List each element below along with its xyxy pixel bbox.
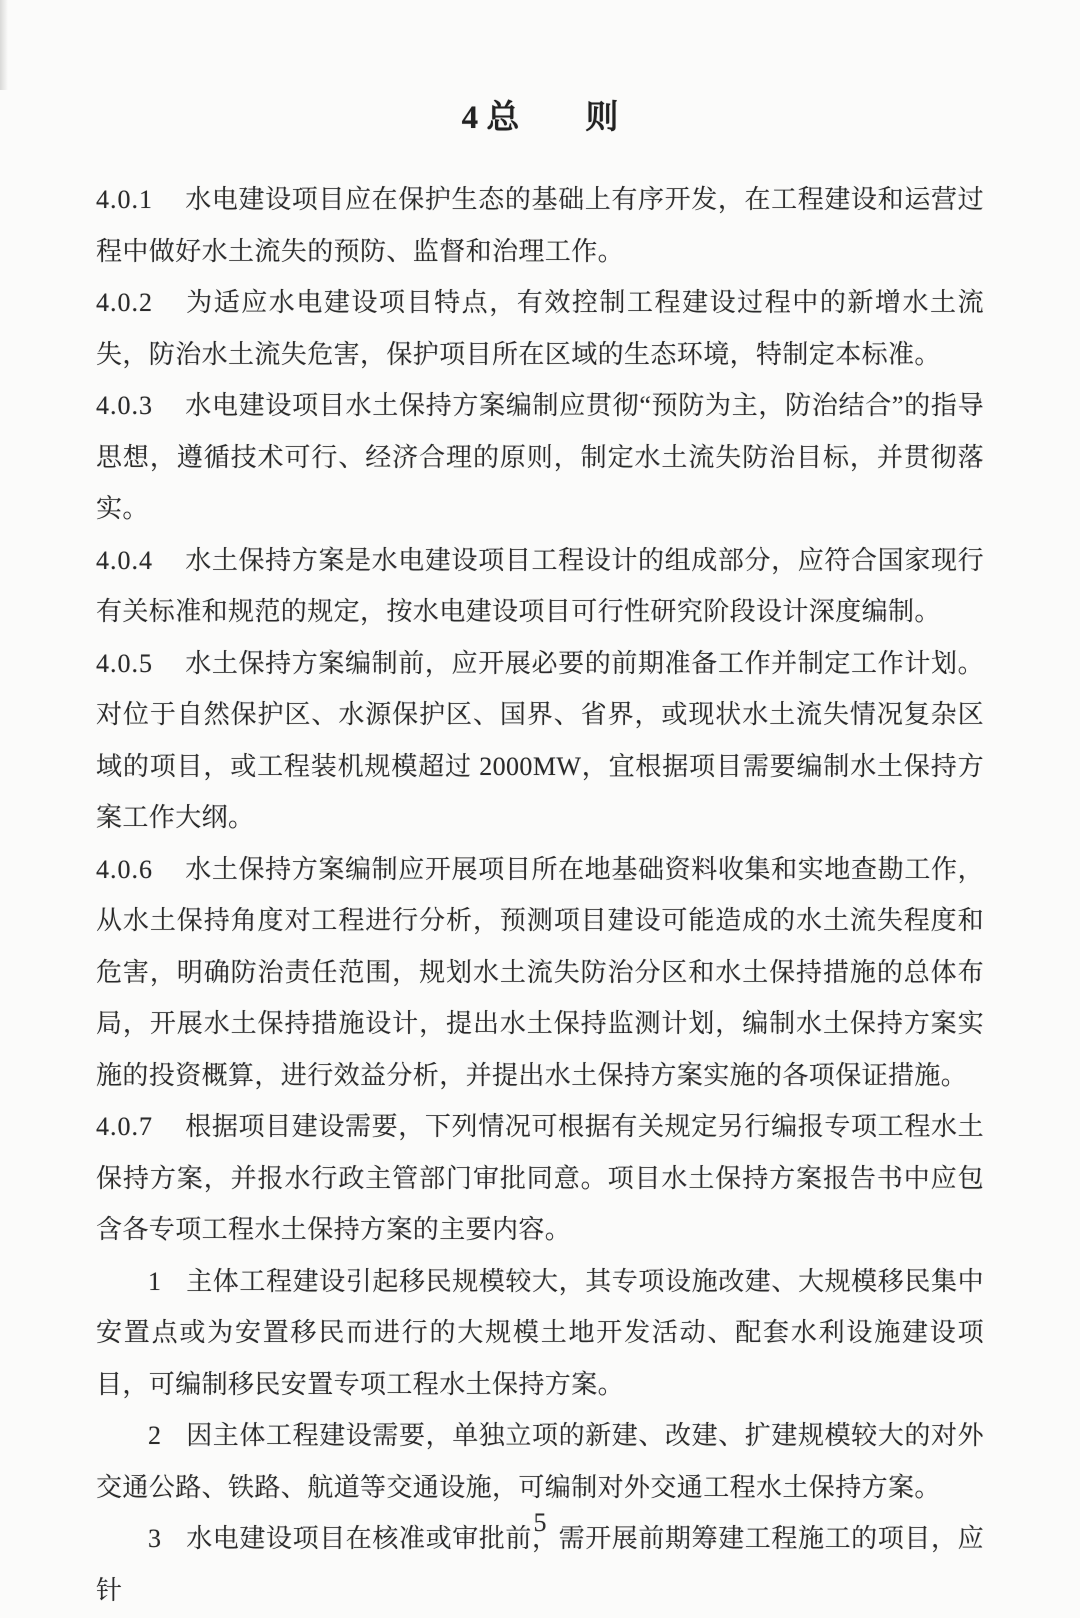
- clause-4-0-3: 4.0.3水电建设项目水土保持方案编制应贯彻“预防为主，防治结合”的指导思想，遵…: [96, 380, 984, 535]
- clause-text: 水电建设项目应在保护生态的基础上有序开发，在工程建设和运营过程中做好水土流失的预…: [96, 185, 984, 266]
- subitem-text: 主体工程建设引起移民规模较大，其专项设施改建、大规模移民集中安置点或为安置移民而…: [96, 1267, 984, 1399]
- scan-artifact: [0, 0, 8, 90]
- clause-4-0-7: 4.0.7根据项目建设需要，下列情况可根据有关规定另行编报专项工程水土保持方案，…: [96, 1101, 984, 1256]
- document-body: 4.0.1水电建设项目应在保护生态的基础上有序开发，在工程建设和运营过程中做好水…: [96, 174, 984, 1616]
- clause-4-0-1: 4.0.1水电建设项目应在保护生态的基础上有序开发，在工程建设和运营过程中做好水…: [96, 174, 984, 277]
- subitem-1: 1主体工程建设引起移民规模较大，其专项设施改建、大规模移民集中安置点或为安置移民…: [96, 1256, 984, 1411]
- clause-4-0-2: 4.0.2为适应水电建设项目特点，有效控制工程建设过程中的新增水土流失，防治水土…: [96, 277, 984, 380]
- subitem-number: 1: [148, 1267, 162, 1296]
- clause-number: 4.0.2: [96, 288, 153, 317]
- subitem-2: 2因主体工程建设需要，单独立项的新建、改建、扩建规模较大的对外交通公路、铁路、航…: [96, 1410, 984, 1513]
- clause-text: 水土保持方案是水电建设项目工程设计的组成部分，应符合国家现行有关标准和规范的规定…: [96, 546, 984, 627]
- clause-number: 4.0.6: [96, 855, 153, 884]
- clause-text: 根据项目建设需要，下列情况可根据有关规定另行编报专项工程水土保持方案，并报水行政…: [96, 1112, 984, 1244]
- clause-4-0-4: 4.0.4水土保持方案是水电建设项目工程设计的组成部分，应符合国家现行有关标准和…: [96, 535, 984, 638]
- clause-number: 4.0.7: [96, 1112, 153, 1141]
- subitem-number: 2: [148, 1421, 162, 1450]
- clause-number: 4.0.5: [96, 649, 153, 678]
- clause-number: 4.0.1: [96, 185, 153, 214]
- clause-text: 水电建设项目水土保持方案编制应贯彻“预防为主，防治结合”的指导思想，遵循技术可行…: [96, 391, 984, 523]
- document-page: 4 总 则 4.0.1水电建设项目应在保护生态的基础上有序开发，在工程建设和运营…: [0, 0, 1080, 1618]
- clause-4-0-5: 4.0.5水土保持方案编制前，应开展必要的前期准备工作并制定工作计划。对位于自然…: [96, 638, 984, 844]
- clause-number: 4.0.3: [96, 391, 153, 420]
- clause-text: 水土保持方案编制前，应开展必要的前期准备工作并制定工作计划。对位于自然保护区、水…: [96, 649, 984, 833]
- page-number: 5: [0, 1508, 1080, 1538]
- chapter-title: 4 总 则: [96, 96, 984, 140]
- clause-text: 水土保持方案编制应开展项目所在地基础资料收集和实地查勘工作，从水土保持角度对工程…: [96, 855, 984, 1090]
- clause-4-0-6: 4.0.6水土保持方案编制应开展项目所在地基础资料收集和实地查勘工作，从水土保持…: [96, 844, 984, 1102]
- clause-text: 为适应水电建设项目特点，有效控制工程建设过程中的新增水土流失，防治水土流失危害，…: [96, 288, 984, 369]
- subitem-text: 因主体工程建设需要，单独立项的新建、改建、扩建规模较大的对外交通公路、铁路、航道…: [96, 1421, 984, 1502]
- clause-number: 4.0.4: [96, 546, 153, 575]
